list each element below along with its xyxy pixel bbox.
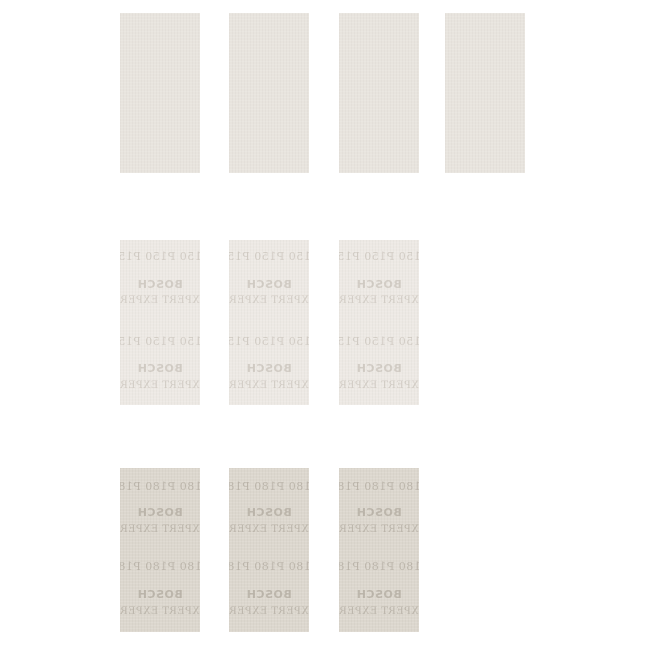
- sanding-sheet-p150-3: P150 P150 P150 BOSCH EXPERT EXPERT P150 …: [339, 240, 419, 405]
- brand-label: BOSCH: [339, 362, 419, 375]
- mesh-texture: [339, 13, 419, 173]
- mesh-texture: [229, 13, 309, 173]
- mesh-texture: [445, 13, 525, 173]
- sanding-sheet-p150-2: P150 P150 P150 BOSCH EXPERT EXPERT P150 …: [229, 240, 309, 405]
- brand-label: BOSCH: [229, 278, 309, 291]
- sanding-sheet-p180-1: P180 P180 P180 BOSCH EXPERT EXPERT P180 …: [120, 468, 200, 632]
- mesh-texture: [120, 13, 200, 173]
- grit-label: P150 P150 P150: [120, 335, 200, 348]
- sanding-sheet-p180-2: P180 P180 P180 BOSCH EXPERT EXPERT P180 …: [229, 468, 309, 632]
- grit-label: P150 P150 P150: [339, 335, 419, 348]
- product-line-label: EXPERT EXPERT: [339, 380, 419, 391]
- product-line-label: EXPERT EXPERT: [339, 295, 419, 306]
- grit-label: P180 P180 P180: [339, 480, 419, 493]
- brand-label: BOSCH: [339, 588, 419, 601]
- brand-label: BOSCH: [229, 506, 309, 519]
- grit-label: P150 P150 P150: [120, 250, 200, 263]
- product-line-label: EXPERT EXPERT: [339, 524, 419, 535]
- sanding-sheet-p150-1: P150 P150 P150 BOSCH EXPERT EXPERT P150 …: [120, 240, 200, 405]
- product-line-label: EXPERT EXPERT: [120, 524, 200, 535]
- sanding-sheet-row1-2: [229, 13, 309, 173]
- sanding-sheet-row1-3: [339, 13, 419, 173]
- product-line-label: EXPERT EXPERT: [229, 295, 309, 306]
- sanding-sheet-row1-1: [120, 13, 200, 173]
- grit-label: P180 P180 P180: [229, 480, 309, 493]
- product-line-label: EXPERT EXPERT: [120, 606, 200, 617]
- product-line-label: EXPERT EXPERT: [229, 606, 309, 617]
- grit-label: P150 P150 P150: [229, 250, 309, 263]
- brand-label: BOSCH: [229, 588, 309, 601]
- product-line-label: EXPERT EXPERT: [229, 380, 309, 391]
- product-line-label: EXPERT EXPERT: [229, 524, 309, 535]
- sanding-sheet-p180-3: P180 P180 P180 BOSCH EXPERT EXPERT P180 …: [339, 468, 419, 632]
- grit-label: P180 P180 P180: [229, 560, 309, 573]
- grit-label: P180 P180 P180: [120, 480, 200, 493]
- grit-label: P150 P150 P150: [339, 250, 419, 263]
- brand-label: BOSCH: [120, 506, 200, 519]
- brand-label: BOSCH: [229, 362, 309, 375]
- brand-label: BOSCH: [120, 278, 200, 291]
- grit-label: P150 P150 P150: [229, 335, 309, 348]
- product-line-label: EXPERT EXPERT: [339, 606, 419, 617]
- sanding-sheet-row1-4: [445, 13, 525, 173]
- brand-label: BOSCH: [339, 506, 419, 519]
- grit-label: P180 P180 P180: [339, 560, 419, 573]
- product-line-label: EXPERT EXPERT: [120, 380, 200, 391]
- brand-label: BOSCH: [120, 588, 200, 601]
- brand-label: BOSCH: [339, 278, 419, 291]
- brand-label: BOSCH: [120, 362, 200, 375]
- product-line-label: EXPERT EXPERT: [120, 295, 200, 306]
- grit-label: P180 P180 P180: [120, 560, 200, 573]
